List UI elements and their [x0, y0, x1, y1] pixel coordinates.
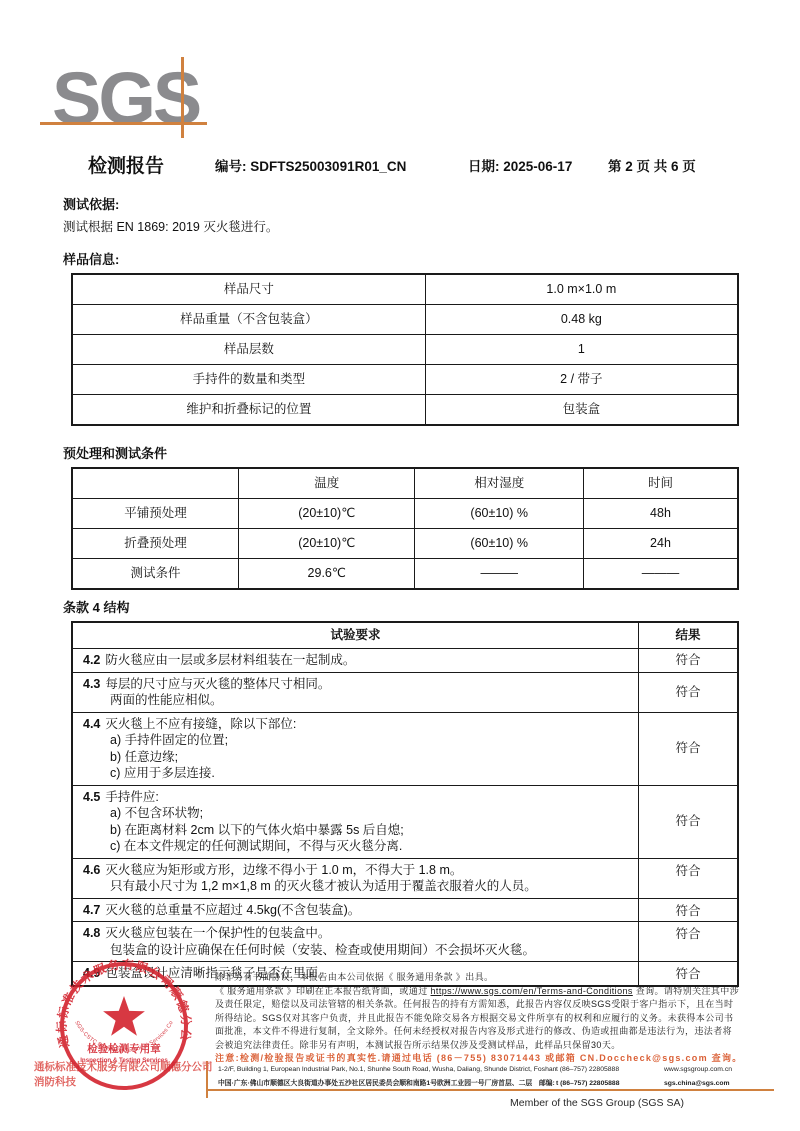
clause-continuation-lines: 只有最小尺寸为 1,2 m×1,8 m 的灭火毯才被认为适用于覆盖衣服着火的人员… [83, 878, 632, 895]
clause-first-line: 4.6灭火毯应为矩形或方形，边缘不得小于 1.0 m，不得大于 1.8 m。 [83, 862, 632, 879]
clause4-heading: 条款 4 结构 [63, 600, 743, 616]
clause-number: 4.6 [83, 863, 100, 877]
report-date: 日期: 2025-06-17 [468, 155, 572, 175]
table-row: 4.3每层的尺寸应与灭火毯的整体尺寸相同。 两面的性能应相似。 符合 [72, 672, 738, 712]
stamp-center-line1: 检验检测专用章 [87, 1042, 161, 1055]
clause-continuation-lines: a) 手持件固定的位置;b) 任意边缘;c) 应用于多层连接. [83, 732, 632, 782]
report-body: 测试依据: 测试根据 EN 1869: 2019 灭火毯进行。 样品信息: 样品… [63, 197, 743, 987]
conditioning-table: 温度 相对湿度 时间 平铺预处理 (20±10)℃ (60±10) % 48h … [71, 467, 739, 590]
report-date-label: 日期: [468, 159, 500, 174]
conditioning-temperature: (20±10)℃ [239, 499, 415, 529]
clause-first-line: 4.5手持件应: [83, 789, 632, 806]
clause-continuation-lines: 两面的性能应相似。 [83, 692, 632, 709]
conditioning-humidity: (60±10) % [415, 529, 583, 559]
clause-line: b) 任意边缘; [83, 749, 632, 766]
column-header-result: 结果 [639, 622, 739, 649]
page-indicator: 第 2 页 共 6 页 [608, 155, 696, 175]
clause-number: 4.8 [83, 926, 100, 940]
test-basis-body: 测试根据 EN 1869: 2019 灭火毯进行。 [63, 219, 743, 236]
sample-info-table: 样品尺寸 1.0 m×1.0 m 样品重量（不含包装盒） 0.48 kg 样品层… [71, 273, 739, 426]
clause-number: 4.4 [83, 717, 100, 731]
clause-text: 手持件应: [105, 790, 158, 804]
clause-number: 4.7 [83, 903, 100, 917]
clause-requirement: 4.6灭火毯应为矩形或方形，边缘不得小于 1.0 m，不得大于 1.8 m。 只… [72, 858, 639, 898]
clause-line: 两面的性能应相似。 [83, 692, 632, 709]
report-number: 编号: SDFTS25003091R01_CN [215, 155, 406, 175]
sample-attr-value: 1 [425, 335, 738, 365]
column-header-empty [72, 468, 239, 499]
column-header-requirement: 试验要求 [72, 622, 639, 649]
conditioning-temperature: (20±10)℃ [239, 529, 415, 559]
clause-text: 灭火毯应为矩形或方形，边缘不得小于 1.0 m，不得大于 1.8 m。 [105, 863, 462, 877]
sample-attr-label: 样品重量（不含包装盒） [72, 305, 425, 335]
column-header-humidity: 相对湿度 [415, 468, 583, 499]
sgs-member-text: Member of the SGS Group (SGS SA) [420, 1097, 774, 1109]
clause-result: 符合 [639, 898, 739, 922]
table-row: 4.6灭火毯应为矩形或方形，边缘不得小于 1.0 m，不得大于 1.8 m。 只… [72, 858, 738, 898]
phone-number: t (86–757) 22805888 [556, 1063, 664, 1077]
clause-result: 符合 [639, 785, 739, 858]
test-basis-heading: 测试依据: [63, 197, 743, 213]
address-row-english: 1-2/F, Building 1, European Industrial P… [218, 1063, 774, 1077]
clause-requirement: 4.4灭火毯上不应有接缝，除以下部位: a) 手持件固定的位置;b) 任意边缘;… [72, 712, 639, 785]
clause-result: 符合 [639, 712, 739, 785]
report-number-value: SDFTS25003091R01_CN [250, 159, 406, 174]
clause-requirement: 4.2防火毯应由一层或多层材料组装在一起制成。 [72, 649, 639, 673]
conditioning-humidity: (60±10) % [415, 499, 583, 529]
clause-result: 符合 [639, 858, 739, 898]
table-row: 4.5手持件应: a) 不包含环状物;b) 在距离材料 2cm 以下的气体火焰中… [72, 785, 738, 858]
legal-line: 所得结论。SGS仅对其客户负责，并且此报告不能免除交易各方根据交易文件所享有的权… [215, 1012, 777, 1026]
table-header-row: 试验要求 结果 [72, 622, 738, 649]
legal-line-text: 《 服务通用条款 》印刷在正本报告纸背面，或通过 [215, 986, 431, 996]
star-icon [103, 996, 145, 1036]
clause-line: a) 不包含环状物; [83, 805, 632, 822]
legal-line-text: 面批准，本文件不得进行复制，全文除外。任何未经授权对报告内容及形式进行的修改、伪… [215, 1026, 732, 1036]
clause-requirement: 4.5手持件应: a) 不包含环状物;b) 在距离材料 2cm 以下的气体火焰中… [72, 785, 639, 858]
table-row: 平铺预处理 (20±10)℃ (60±10) % 48h [72, 499, 738, 529]
legal-line-text: 查询。请特别关注其中涉 [633, 986, 739, 996]
clause4-rows: 4.2防火毯应由一层或多层材料组装在一起制成。 符合 4.3每层的尺寸应与灭火毯… [72, 649, 738, 986]
clause-first-line: 4.3每层的尺寸应与灭火毯的整体尺寸相同。 [83, 676, 632, 693]
table-row: 维护和折叠标记的位置 包装盒 [72, 395, 738, 426]
clause-text: 灭火毯的总重量不应超过 4.5kg(不含包装盒)。 [105, 903, 360, 917]
table-row: 样品重量（不含包装盒） 0.48 kg [72, 305, 738, 335]
conditioning-label: 测试条件 [72, 559, 239, 590]
clause-first-line: 4.8灭火毯应包装在一个保护性的包装盒中。 [83, 925, 632, 942]
table-row: 4.2防火毯应由一层或多层材料组装在一起制成。 符合 [72, 649, 738, 673]
conditioning-rows: 平铺预处理 (20±10)℃ (60±10) % 48h 折叠预处理 (20±1… [72, 499, 738, 590]
inspection-stamp: 通标标准技术服务有限公司顺德分公司 SGS-CSTC Standards Tec… [54, 956, 194, 1096]
table-row: 折叠预处理 (20±10)℃ (60±10) % 24h [72, 529, 738, 559]
clause-number: 4.5 [83, 790, 100, 804]
sample-info-rows: 样品尺寸 1.0 m×1.0 m 样品重量（不含包装盒） 0.48 kg 样品层… [72, 274, 738, 425]
stamp-center-line2: Inspection & Testing Services [80, 1057, 168, 1064]
legal-line-text: 会被追究法律责任。除非另有声明，本测试报告所示结果仅涉及受测试样品，此样品只保留… [215, 1040, 621, 1050]
report-date-value: 2025-06-17 [503, 159, 572, 174]
sample-attr-value: 1.0 m×1.0 m [425, 274, 738, 305]
conditioning-temperature: 29.6℃ [239, 559, 415, 590]
clause-line: c) 在本文件规定的任何测试期间，不得与灭火毯分离. [83, 838, 632, 855]
clause-line: b) 在距离材料 2cm 以下的气体火焰中暴露 5s 后自熄; [83, 822, 632, 839]
legal-line-text: 除非另有书面协议，本报告由本公司依据《 服务通用条款 》出具。 [215, 972, 493, 982]
clause-number: 4.2 [83, 653, 100, 667]
column-header-temperature: 温度 [239, 468, 415, 499]
clause-first-line: 4.7灭火毯的总重量不应超过 4.5kg(不含包装盒)。 [83, 902, 632, 919]
clause-text: 每层的尺寸应与灭火毯的整体尺寸相同。 [105, 677, 330, 691]
clause-result: 符合 [639, 922, 739, 962]
table-row: 手持件的数量和类型 2 / 带子 [72, 365, 738, 395]
table-row: 测试条件 29.6℃ ——— ——— [72, 559, 738, 590]
clause-line: a) 手持件固定的位置; [83, 732, 632, 749]
clause-line: c) 应用于多层连接. [83, 765, 632, 782]
website-url: www.sgsgroup.com.cn [664, 1063, 774, 1077]
clause-text: 灭火毯应包装在一个保护性的包装盒中。 [105, 926, 330, 940]
legal-line: 面批准，本文件不得进行复制，全文除外。任何未经授权对报告内容及形式进行的修改、伪… [215, 1025, 777, 1039]
legal-line-text: 及责任限定，赔偿以及司法管辖的相关条款。任何报告的持有方需知悉，此报告内容仅反映… [215, 999, 733, 1009]
sample-attr-label: 样品层数 [72, 335, 425, 365]
clause-requirement: 4.7灭火毯的总重量不应超过 4.5kg(不含包装盒)。 [72, 898, 639, 922]
address-block: 1-2/F, Building 1, European Industrial P… [218, 1063, 774, 1091]
conditioning-label: 平铺预处理 [72, 499, 239, 529]
conditioning-label: 折叠预处理 [72, 529, 239, 559]
clause-continuation-lines: a) 不包含环状物;b) 在距离材料 2cm 以下的气体火焰中暴露 5s 后自熄… [83, 805, 632, 855]
clause-text: 灭火毯上不应有接缝，除以下部位: [105, 717, 296, 731]
report-page: SGS 检测报告 编号: SDFTS25003091R01_CN 日期: 202… [0, 0, 800, 1131]
clause-result: 符合 [639, 672, 739, 712]
legal-line: 及责任限定，赔偿以及司法管辖的相关条款。任何报告的持有方需知悉，此报告内容仅反映… [215, 998, 777, 1012]
conditioning-heading: 预处理和测试条件 [63, 446, 743, 462]
clause-requirement: 4.3每层的尺寸应与灭火毯的整体尺寸相同。 两面的性能应相似。 [72, 672, 639, 712]
clause-number: 4.3 [83, 677, 100, 691]
table-row: 4.7灭火毯的总重量不应超过 4.5kg(不含包装盒)。 符合 [72, 898, 738, 922]
clause-first-line: 4.2防火毯应由一层或多层材料组装在一起制成。 [83, 652, 632, 669]
clause-text: 防火毯应由一层或多层材料组装在一起制成。 [105, 653, 355, 667]
footer-horizontal-line [206, 1089, 774, 1091]
legal-line: 《 服务通用条款 》印刷在正本报告纸背面，或通过 https://www.sgs… [215, 985, 777, 999]
clause-line: 只有最小尺寸为 1,2 m×1,8 m 的灭火毯才被认为适用于覆盖衣服着火的人员… [83, 878, 632, 895]
clause4-table: 试验要求 结果 4.2防火毯应由一层或多层材料组装在一起制成。 符合 [71, 621, 739, 987]
conditioning-time: 48h [583, 499, 738, 529]
conditioning-time: ——— [583, 559, 738, 590]
page-title: 检测报告 [88, 151, 164, 178]
legal-terms-text: 除非另有书面协议，本报告由本公司依据《 服务通用条款 》出具。 《 服务通用条款… [215, 971, 777, 1053]
legal-line-text: 所得结论。SGS仅对其客户负责，并且此报告不能免除交易各方根据交易文件所享有的权… [215, 1013, 733, 1023]
column-header-time: 时间 [583, 468, 738, 499]
terms-and-conditions-link[interactable]: https://www.sgs.com/en/Terms-and-Conditi… [431, 986, 633, 996]
sample-attr-label: 维护和折叠标记的位置 [72, 395, 425, 426]
sample-attr-value: 包装盒 [425, 395, 738, 426]
legal-line: 除非另有书面协议，本报告由本公司依据《 服务通用条款 》出具。 [215, 971, 777, 985]
table-row: 样品层数 1 [72, 335, 738, 365]
sample-attr-value: 2 / 带子 [425, 365, 738, 395]
conditioning-humidity: ——— [415, 559, 583, 590]
sample-attr-label: 样品尺寸 [72, 274, 425, 305]
logo-vertical-line [181, 57, 184, 138]
stamp-seal-icon: 通标标准技术服务有限公司顺德分公司 SGS-CSTC Standards Tec… [54, 956, 194, 1096]
sample-attr-value: 0.48 kg [425, 305, 738, 335]
conditioning-time: 24h [583, 529, 738, 559]
table-row: 4.4灭火毯上不应有接缝，除以下部位: a) 手持件固定的位置;b) 任意边缘;… [72, 712, 738, 785]
report-number-label: 编号: [215, 159, 247, 174]
table-row: 样品尺寸 1.0 m×1.0 m [72, 274, 738, 305]
table-header-row: 温度 相对湿度 时间 [72, 468, 738, 499]
sample-info-heading: 样品信息: [63, 252, 743, 268]
clause-result: 符合 [639, 649, 739, 673]
sample-attr-label: 手持件的数量和类型 [72, 365, 425, 395]
address-text: 1-2/F, Building 1, European Industrial P… [218, 1063, 556, 1077]
clause-first-line: 4.4灭火毯上不应有接缝，除以下部位: [83, 716, 632, 733]
